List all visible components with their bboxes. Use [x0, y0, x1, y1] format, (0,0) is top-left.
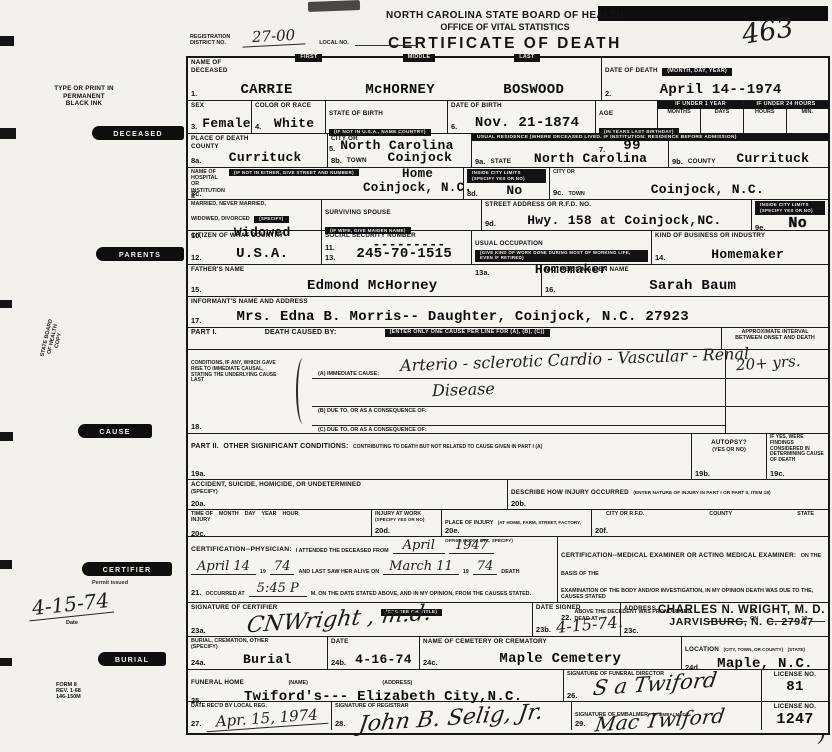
- print-note-line2: PERMANENT: [26, 93, 142, 101]
- date-signed-value: 4-15-74.: [555, 612, 623, 637]
- dod-value: April 14--1974: [616, 82, 825, 98]
- dob-value: Nov. 21-1874: [462, 115, 592, 131]
- interval-column: 20+ yrs.: [726, 350, 828, 433]
- field-race: COLOR OR RACE 4. White: [252, 101, 326, 133]
- last-alive-year: 74: [473, 559, 498, 575]
- time-injury-label2: INJURY: [191, 517, 213, 523]
- sex-label: SEX: [191, 102, 248, 110]
- father-label: FATHER'S NAME: [191, 266, 538, 274]
- mother-value: Sarah Baum: [560, 278, 825, 294]
- cause-c-line: [312, 425, 725, 426]
- item-23c-no: 23c.: [624, 626, 639, 635]
- row-burial: BURIAL, CREMATION, OTHER (SPECIFY) 24a. …: [188, 637, 828, 670]
- part1-note: (ENTER ONLY ONE CAUSE PER LINE FOR (a), …: [385, 329, 550, 337]
- scan-artifact: [0, 432, 13, 441]
- describe-hint: (ENTER NATURE OF INJURY IN PART I OR PAR…: [633, 491, 770, 496]
- location-hint1: (CITY, TOWN, OR COUNTY): [723, 647, 783, 652]
- death-city-label2: TOWN: [347, 157, 367, 165]
- field-death-city: CITY OR 8b. TOWN Coinjock: [328, 134, 472, 167]
- field-inside-city-8d: INSIDE CITY LIMITS (SPECIFY YES OR NO) 8…: [464, 168, 550, 199]
- scan-artifact: [0, 36, 14, 46]
- name-first-value: CARRIE: [202, 82, 331, 98]
- row-part2: PART II. OTHER SIGNIFICANT CONDITIONS: C…: [188, 434, 828, 480]
- atwork-hint: (SPECIFY YES OR NO): [375, 517, 438, 522]
- item-26-no: 26.: [567, 691, 577, 700]
- print-note-line1: TYPE OR PRINT IN: [26, 85, 142, 93]
- item-19b-no: 19b.: [695, 469, 710, 478]
- ssn-value: 245-70-1515: [340, 246, 468, 262]
- name-hint-last: LAST: [514, 54, 539, 62]
- row-place-of-death: PLACE OF DEATH COUNTY 8a. Currituck CITY…: [188, 134, 828, 168]
- cause-b-label: (b) DUE TO, OR AS A CONSEQUENCE OF:: [318, 408, 427, 414]
- interval-label-2: BETWEEN ONSET AND DEATH: [725, 335, 825, 341]
- field-date-of-birth: DATE OF BIRTH 6. Nov. 21-1874: [448, 101, 596, 133]
- res-county-label: COUNTY: [688, 158, 716, 166]
- field-license-2: LICENSE NO. 1247: [762, 702, 828, 730]
- under24-hours: HOURS: [744, 109, 787, 133]
- field-cemetery: NAME OF CEMETERY OR CREMATORY 24c. Maple…: [420, 637, 682, 669]
- address-stamp-line1: CHARLES N. WRIGHT, M. D.: [658, 604, 825, 616]
- certificate-form: FIRST MIDDLE LAST NAME OF DECEASED 1. CA…: [186, 56, 830, 735]
- field-date-signed: DATE SIGNED 23b. 4-15-74.: [533, 603, 621, 636]
- under1-days: DAYS: [701, 109, 743, 133]
- name-middle-value: McHORNEY: [336, 82, 465, 98]
- under24-min: MIN.: [787, 109, 829, 133]
- file-number-handwritten: 463: [740, 12, 796, 51]
- registration-label-1: REGISTRATION: [190, 34, 236, 40]
- death-county-label: COUNTY: [191, 143, 324, 151]
- item-20a-no: 20a.: [191, 499, 206, 508]
- registration-line: REGISTRATION DISTRICT NO. 27-00 LOCAL NO…: [190, 27, 417, 46]
- field-surviving-spouse: SURVIVING SPOUSE (IF WIFE, GIVE MAIDEN N…: [322, 200, 482, 230]
- board-name: NORTH CAROLINA STATE BOARD OF HEALTH: [300, 10, 710, 21]
- hospital-value-1: Home: [363, 167, 472, 181]
- permit-note: Permit issued: [92, 580, 128, 586]
- death-word: DEATH: [501, 569, 519, 575]
- injury-state-label: STATE: [797, 511, 814, 535]
- industry-no: 14.: [655, 253, 665, 262]
- industry-label: KIND OF BUSINESS OR INDUSTRY: [655, 232, 825, 240]
- field-state-of-birth: STATE OF BIRTH (IF NOT IN U.S.A., NAME C…: [326, 101, 448, 133]
- local-no-blank: [355, 38, 417, 46]
- row-certifier-signature: SIGNATURE OF CERTIFIER (DEGREE OR TITLE)…: [188, 603, 828, 637]
- field-autopsy-findings: IF YES, WERE FINDINGS CONSIDERED IN DETE…: [767, 434, 828, 479]
- item-28-no: 28.: [335, 719, 345, 728]
- death-county-no: 8a.: [191, 156, 201, 165]
- age-label: AGE: [599, 110, 613, 117]
- race-label: COLOR OR RACE: [255, 102, 322, 110]
- burial-date-value: 4-16-74: [351, 652, 416, 667]
- row-certification: CERTIFICATION--PHYSICIAN: I ATTENDED THE…: [188, 537, 828, 603]
- med-examiner-title: CERTIFICATION--MEDICAL EXAMINER OR ACTIN…: [561, 552, 796, 559]
- conditions-brace: [296, 358, 310, 424]
- dod-item-no: 2.: [605, 89, 611, 98]
- field-father-name: FATHER'S NAME 15. Edmond McHorney: [188, 265, 542, 296]
- marital-hint: (SPECIFY): [254, 216, 288, 223]
- interval-line-b: [726, 406, 828, 407]
- registration-district-label: REGISTRATION DISTRICT NO.: [190, 34, 236, 46]
- last-alive-date: March 11: [383, 559, 459, 575]
- address-label: ADDRESS: [624, 605, 656, 613]
- autopsy-hint: (YES OR NO): [695, 447, 763, 453]
- residence-header: USUAL RESIDENCE (WHERE DECEASED LIVED. I…: [472, 134, 828, 141]
- field-mother-name: MOTHER'S MAIDEN NAME 16. Sarah Baum: [542, 265, 828, 296]
- name-item-no: 1.: [191, 89, 197, 98]
- physician-cert-text1: I ATTENDED THE DECEASED FROM: [296, 548, 389, 554]
- accident-label: ACCIDENT, SUICIDE, HOMICIDE, OR UNDETERM…: [191, 481, 504, 489]
- row-vitals: SEX 3. Female COLOR OR RACE 4. White STA…: [188, 101, 828, 134]
- field-accident-type: ACCIDENT, SUICIDE, HOMICIDE, OR UNDETERM…: [188, 480, 508, 509]
- scan-artifact: [0, 658, 12, 666]
- copy-designation: STATE BOARD OF HEALTH COPY: [34, 295, 71, 383]
- occurred-at-text: OCCURRED AT: [205, 591, 244, 597]
- cause-a-line: [312, 378, 725, 379]
- field-time-of-injury: TIME OF INJURY 20c. MONTH DAY YEAR HOUR: [188, 510, 372, 536]
- last-saw-alive-text: AND LAST SAW HER ALIVE ON: [298, 569, 379, 575]
- field-inside-city-9e: INSIDE CITY LIMITS (SPECIFY YES OR NO) 9…: [752, 200, 828, 230]
- death-caused-by-label: DEATH CAUSED BY:: [265, 329, 337, 337]
- row-accident: ACCIDENT, SUICIDE, HOMICIDE, OR UNDETERM…: [188, 480, 828, 510]
- conditions-note: CONDITIONS, IF ANY, WHICH GAVE RISE TO I…: [188, 350, 312, 433]
- bstate-label: STATE OF BIRTH: [329, 110, 383, 117]
- field-death-county: PLACE OF DEATH COUNTY 8a. Currituck: [188, 134, 328, 167]
- row-marital: MARRIED, NEVER MARRIED, WIDOWED, DIVORCE…: [188, 200, 828, 231]
- res-city-value: Coinjock, N.C.: [590, 182, 825, 197]
- informant-label: INFORMANT'S NAME AND ADDRESS: [191, 298, 825, 306]
- res-state-no: 9a.: [475, 157, 485, 166]
- res-county-no: 9b.: [672, 157, 683, 166]
- row-cause-body: CONDITIONS, IF ANY, WHICH GAVE RISE TO I…: [188, 350, 828, 434]
- print-note: TYPE OR PRINT IN PERMANENT BLACK INK: [26, 85, 142, 108]
- row-injury-details: TIME OF INJURY 20c. MONTH DAY YEAR HOUR …: [188, 510, 828, 537]
- local-no-label: LOCAL NO.: [319, 40, 349, 46]
- spouse-label: SURVIVING SPOUSE: [325, 209, 391, 216]
- informant-value: Mrs. Edna B. Morris-- Daughter, Coinjock…: [236, 309, 688, 325]
- field-industry: KIND OF BUSINESS OR INDUSTRY 14. Homemak…: [652, 231, 828, 264]
- findings-label: IF YES, WERE FINDINGS CONSIDERED IN DETE…: [770, 435, 825, 464]
- street-label: STREET ADDRESS OR R.F.D. No.: [485, 201, 748, 209]
- field-if-under-24-hours: IF UNDER 24 HOURS HOURS MIN.: [744, 101, 828, 133]
- name-last-value: BOSWOOD: [469, 82, 598, 98]
- hospital-value-2: Coinjock, N.C.: [363, 181, 472, 195]
- scan-artifact: [0, 300, 12, 308]
- name-label-2: DECEASED: [191, 67, 598, 75]
- interval-a-value: 20+ yrs.: [735, 352, 801, 374]
- item-29-no: 29.: [575, 719, 585, 728]
- father-no: 15.: [191, 285, 201, 294]
- autopsy-label: AUTOPSY?: [695, 439, 763, 447]
- attended-from-month: April: [393, 538, 445, 554]
- field-burial-location: LOCATION (CITY, TOWN, OR COUNTY) (STATE)…: [682, 637, 828, 669]
- group-usual-residence: USUAL RESIDENCE (WHERE DECEASED LIVED. I…: [472, 134, 828, 167]
- dob-label: DATE OF BIRTH: [451, 102, 592, 110]
- field-residence-state: 9a. STATE North Carolina: [472, 141, 669, 167]
- item-20d-no: 20d.: [375, 526, 390, 535]
- field-citizen: CITIZEN OF WHAT COUNTRY 12. U.S.A.: [188, 231, 322, 264]
- injury-hour-label: HOUR: [283, 511, 299, 535]
- field-residence-county: 9b. COUNTY Currituck: [669, 141, 828, 167]
- tab-certifier: CERTIFIER: [82, 562, 172, 576]
- inside8d-value: No: [483, 183, 546, 198]
- injury-city-label: CITY OR R.F.D.: [606, 511, 644, 535]
- item-23a-no: 23a.: [191, 626, 206, 635]
- inside9e-hint: (SPECIFY YES OR NO): [755, 208, 825, 215]
- inside9e-value: No: [770, 215, 825, 232]
- license1-label: LICENSE NO.: [765, 671, 825, 679]
- address-stamp-line2: JARVISBURG, N. C. 27947: [658, 616, 825, 628]
- res-state-label: STATE: [490, 158, 511, 166]
- citizen-no: 12.: [191, 253, 201, 262]
- field-if-under-1-year: IF UNDER 1 YEAR MONTHS DAYS: [658, 101, 744, 133]
- under1-label: IF UNDER 1 YEAR: [658, 101, 743, 109]
- item-24b-no: 24b.: [331, 658, 346, 667]
- row-funeral-home: FUNERAL HOME (NAME) (ADDRESS) 25. Twifor…: [188, 670, 828, 702]
- res-city-no: 9c.: [553, 188, 563, 197]
- form-print-run: 146-150M: [56, 694, 81, 700]
- res-state-value: North Carolina: [516, 151, 665, 166]
- field-medical-examiner-certification: CERTIFICATION--MEDICAL EXAMINER OR ACTIN…: [558, 537, 828, 602]
- industry-value: Homemaker: [670, 247, 825, 262]
- field-certifier-address: ADDRESS 23c. CHARLES N. WRIGHT, M. D. JA…: [621, 603, 828, 636]
- attended-from-year: 1947: [449, 538, 494, 554]
- injury-month-label: MONTH: [219, 511, 239, 535]
- inside9e-label: INSIDE CITY LIMITS: [755, 201, 825, 208]
- mother-no: 16.: [545, 285, 555, 294]
- cause-lines: (a) IMMEDIATE CAUSE: Arterio - sclerotic…: [312, 350, 726, 433]
- license1-value: 81: [765, 679, 825, 695]
- injury-year-label: YEAR: [262, 511, 277, 535]
- field-hospital: NAME OF HOSPITAL OR INSTITUTION & (IF NO…: [188, 168, 464, 199]
- registration-label-2: DISTRICT NO.: [190, 40, 236, 46]
- death-city-label1: CITY OR: [331, 135, 468, 143]
- scan-artifact: [0, 560, 12, 569]
- part2-label: PART II.: [191, 443, 219, 450]
- item-19a-no: 19a.: [191, 469, 206, 478]
- tab-deceased: DECEASED: [92, 126, 184, 140]
- field-street-address: STREET ADDRESS OR R.F.D. No. 9d. Hwy. 15…: [482, 200, 752, 230]
- cause-a-value-2: Disease: [432, 379, 495, 400]
- death-city-value: Coinjock: [372, 150, 468, 165]
- row-name: FIRST MIDDLE LAST NAME OF DECEASED 1. CA…: [188, 58, 828, 101]
- hospital-hint: (IF NOT IN EITHER, GIVE STREET AND NUMBE…: [229, 169, 359, 176]
- describe-label: DESCRIBE HOW INJURY OCCURRED: [511, 489, 629, 496]
- inside8d-label: INSIDE CITY LIMITS: [467, 169, 546, 176]
- item-27-no: 27.: [191, 719, 201, 728]
- inside8d-hint: (SPECIFY YES OR NO): [467, 176, 546, 183]
- row-informant: INFORMANT'S NAME AND ADDRESS 17. Mrs. Ed…: [188, 297, 828, 328]
- citizen-label: CITIZEN OF WHAT COUNTRY: [191, 232, 318, 240]
- field-date-received: DATE REC'D BY LOCAL REG. 27. Apr. 15, 19…: [188, 702, 332, 730]
- street-no: 9d.: [485, 219, 496, 228]
- location-label: LOCATION: [685, 646, 719, 653]
- item-23b-no: 23b.: [536, 625, 551, 634]
- item-24a-no: 24a.: [191, 658, 206, 667]
- print-note-line3: BLACK INK: [26, 100, 142, 108]
- margin-date-handwritten: 4-15-74: [27, 588, 114, 622]
- field-name-of-deceased: FIRST MIDDLE LAST NAME OF DECEASED 1. CA…: [188, 58, 602, 100]
- field-injury-location: CITY OR R.F.D. COUNTY STATE 20f.: [592, 510, 828, 536]
- item-20e-no: 20e.: [445, 526, 460, 535]
- field-injury-at-work: INJURY AT WORK (SPECIFY YES OR NO) 20d.: [372, 510, 442, 536]
- under24-label: IF UNDER 24 HOURS: [744, 101, 828, 109]
- injury-day-label: DAY: [245, 511, 256, 535]
- field-burial-type: BURIAL, CREMATION, OTHER (SPECIFY) 24a. …: [188, 637, 328, 669]
- registration-district-number: 27-00: [242, 25, 306, 47]
- field-physician-certification: CERTIFICATION--PHYSICIAN: I ATTENDED THE…: [188, 537, 558, 602]
- attended-to-year: 74: [270, 559, 295, 575]
- attended-to-date: April 14: [191, 559, 256, 575]
- field-other-conditions: PART II. OTHER SIGNIFICANT CONDITIONS: C…: [188, 434, 692, 479]
- funeral-home-hint1: (NAME): [288, 680, 307, 686]
- cause-a-label: (a) IMMEDIATE CAUSE:: [318, 371, 379, 377]
- interval-line-a: [726, 378, 828, 379]
- field-marital-status: MARRIED, NEVER MARRIED, WIDOWED, DIVORCE…: [188, 200, 322, 230]
- license2-value: 1247: [765, 711, 825, 728]
- printed-19-b: 19: [463, 569, 469, 575]
- cemetery-label: NAME OF CEMETERY OR CREMATORY: [423, 638, 678, 646]
- cause-b-line: [312, 406, 725, 407]
- name-hint-middle: MIDDLE: [403, 54, 435, 62]
- dod-hint: (MONTH, DAY, YEAR): [662, 68, 732, 76]
- part1-header: PART I. DEATH CAUSED BY: (ENTER ONLY ONE…: [188, 328, 722, 349]
- inside8d-no: 8d.: [467, 189, 478, 198]
- field-sex: SEX 3. Female: [188, 101, 252, 133]
- citizen-value: U.S.A.: [206, 246, 318, 262]
- marital-label2: WIDOWED, DIVORCED: [191, 216, 250, 222]
- field-residence-city: CITY OR 9c. TOWN Coinjock, N.C.: [550, 168, 828, 199]
- field-certifier-signature: SIGNATURE OF CERTIFIER (DEGREE OR TITLE)…: [188, 603, 533, 636]
- tab-parents: PARENTS: [96, 247, 184, 261]
- sex-value: Female: [202, 116, 251, 131]
- row-hospital: NAME OF HOSPITAL OR INSTITUTION & (IF NO…: [188, 168, 828, 200]
- occurred-rest-text: M. ON THE DATE STATED ABOVE, AND IN MY O…: [311, 591, 531, 597]
- ssn-label: SOCIAL SECURITY NUMBER: [325, 232, 468, 240]
- pod-label: PLACE OF DEATH: [191, 135, 324, 143]
- father-value: Edmond McHorney: [206, 278, 538, 294]
- field-burial-date: DATE 24b. 4-16-74: [328, 637, 420, 669]
- field-funeral-home: FUNERAL HOME (NAME) (ADDRESS) 25. Twifor…: [188, 670, 564, 701]
- hospital-label2: HOSPITAL OR: [191, 175, 225, 187]
- street-value: Hwy. 158 at Coinjock,NC.: [501, 213, 748, 228]
- item-20b-no: 20b.: [511, 499, 526, 508]
- field-funeral-director-signature: SIGNATURE OF FUNERAL DIRECTOR S a Twifor…: [564, 670, 762, 701]
- scan-artifact: [0, 128, 16, 139]
- death-city-no: 8b.: [331, 156, 342, 165]
- margin-date-label: Date: [66, 620, 78, 626]
- tab-burial: BURIAL: [98, 652, 166, 666]
- ssn-no: 13.: [325, 253, 335, 262]
- accident-hint: (SPECIFY): [191, 489, 504, 495]
- cause-c-label: (c) DUE TO, OR AS A CONSEQUENCE OF:: [318, 427, 427, 433]
- name-hint-first: FIRST: [295, 54, 322, 62]
- hospital-no: 8c.: [191, 189, 201, 198]
- tab-cause: CAUSE: [78, 424, 152, 438]
- field-informant: INFORMANT'S NAME AND ADDRESS 17. Mrs. Ed…: [188, 297, 828, 327]
- mother-label: MOTHER'S MAIDEN NAME: [545, 266, 825, 274]
- field-how-injury-occurred: DESCRIBE HOW INJURY OCCURRED (ENTER NATU…: [508, 480, 828, 509]
- row-citizen: CITIZEN OF WHAT COUNTRY 12. U.S.A. SOCIA…: [188, 231, 828, 265]
- death-certificate-scan: NORTH CAROLINA STATE BOARD OF HEALTH OFF…: [0, 0, 832, 752]
- res-county-value: Currituck: [721, 151, 825, 166]
- death-county-value: Currituck: [206, 150, 324, 165]
- burial-type-value: Burial: [211, 652, 324, 667]
- dob-item-no: 6.: [451, 122, 457, 131]
- field-autopsy: AUTOPSY? (YES OR NO) 19b.: [692, 434, 767, 479]
- item-21-no: 21.: [191, 588, 201, 597]
- item-19c-no: 19c.: [770, 469, 785, 478]
- date-received-value: Apr. 15, 1974: [206, 705, 329, 732]
- field-license-1: LICENSE NO. 81: [762, 670, 828, 701]
- row-parents: FATHER'S NAME 15. Edmond McHorney MOTHER…: [188, 265, 828, 297]
- field-place-of-injury: PLACE OF INJURY (AT HOME, FARM, STREET, …: [442, 510, 592, 536]
- occupation-hint: (GIVE KIND OF WORK DONE DURING MOST OF W…: [475, 250, 648, 262]
- conditions-text: CONDITIONS, IF ANY, WHICH GAVE RISE TO I…: [191, 361, 277, 384]
- burial-date-label: DATE: [331, 638, 416, 646]
- printed-19-a: 19: [260, 569, 266, 575]
- field-date-of-death: DATE OF DEATH (MONTH, DAY, YEAR) 2. Apri…: [602, 58, 828, 100]
- injury-county-label: COUNTY: [709, 511, 732, 535]
- under1-months: MONTHS: [658, 109, 701, 133]
- race-value: White: [266, 116, 322, 131]
- funeral-home-label: FUNERAL HOME: [191, 679, 244, 686]
- res-city-label2: TOWN: [568, 191, 584, 197]
- date-signed-label: DATE SIGNED: [536, 604, 617, 612]
- dod-label: DATE OF DEATH: [605, 67, 658, 74]
- sex-item-no: 3.: [191, 122, 197, 131]
- funeral-home-hint2: (ADDRESS): [382, 680, 412, 686]
- time-of-death: 5:45 P: [249, 581, 307, 597]
- location-hint2: (STATE): [788, 647, 805, 652]
- field-embalmer-signature: SIGNATURE OF EMBALMER (IF EMBALMED) Mac …: [572, 702, 762, 730]
- race-item-no: 4.: [255, 122, 261, 131]
- occupation-label: USUAL OCCUPATION: [475, 240, 543, 247]
- field-occupation: USUAL OCCUPATION (GIVE KIND OF WORK DONE…: [472, 231, 652, 264]
- license2-label: LICENSE NO.: [765, 703, 825, 711]
- informant-no: 17.: [191, 316, 201, 325]
- item-20f-no: 20f.: [595, 526, 608, 535]
- other-conditions-note: CONTRIBUTING TO DEATH BUT NOT RELATED TO…: [353, 444, 542, 450]
- field-ssn: SOCIAL SECURITY NUMBER 13. 245-70-1515: [322, 231, 472, 264]
- field-age: AGE (IN YEARS LAST BIRTHDAY) 7. 99: [596, 101, 658, 133]
- row-registrar: DATE REC'D BY LOCAL REG. 27. Apr. 15, 19…: [188, 702, 828, 730]
- other-conditions-label: OTHER SIGNIFICANT CONDITIONS:: [223, 443, 348, 450]
- field-registrar-signature: SIGNATURE OF REGISTRAR John B. Selig, Jr…: [332, 702, 572, 730]
- med-examiner-text2: EXAMINATION OF THE BODY AND/OR INVESTIGA…: [561, 588, 825, 600]
- item-18-no: 18.: [191, 422, 201, 431]
- item-24c-no: 24c.: [423, 658, 438, 667]
- part1-label: PART I.: [191, 329, 217, 337]
- form-footnote: FORM 8 REV. 1-68 146-150M: [56, 682, 81, 700]
- cemetery-value: Maple Cemetery: [443, 651, 678, 667]
- physician-cert-title: CERTIFICATION--PHYSICIAN:: [191, 546, 292, 554]
